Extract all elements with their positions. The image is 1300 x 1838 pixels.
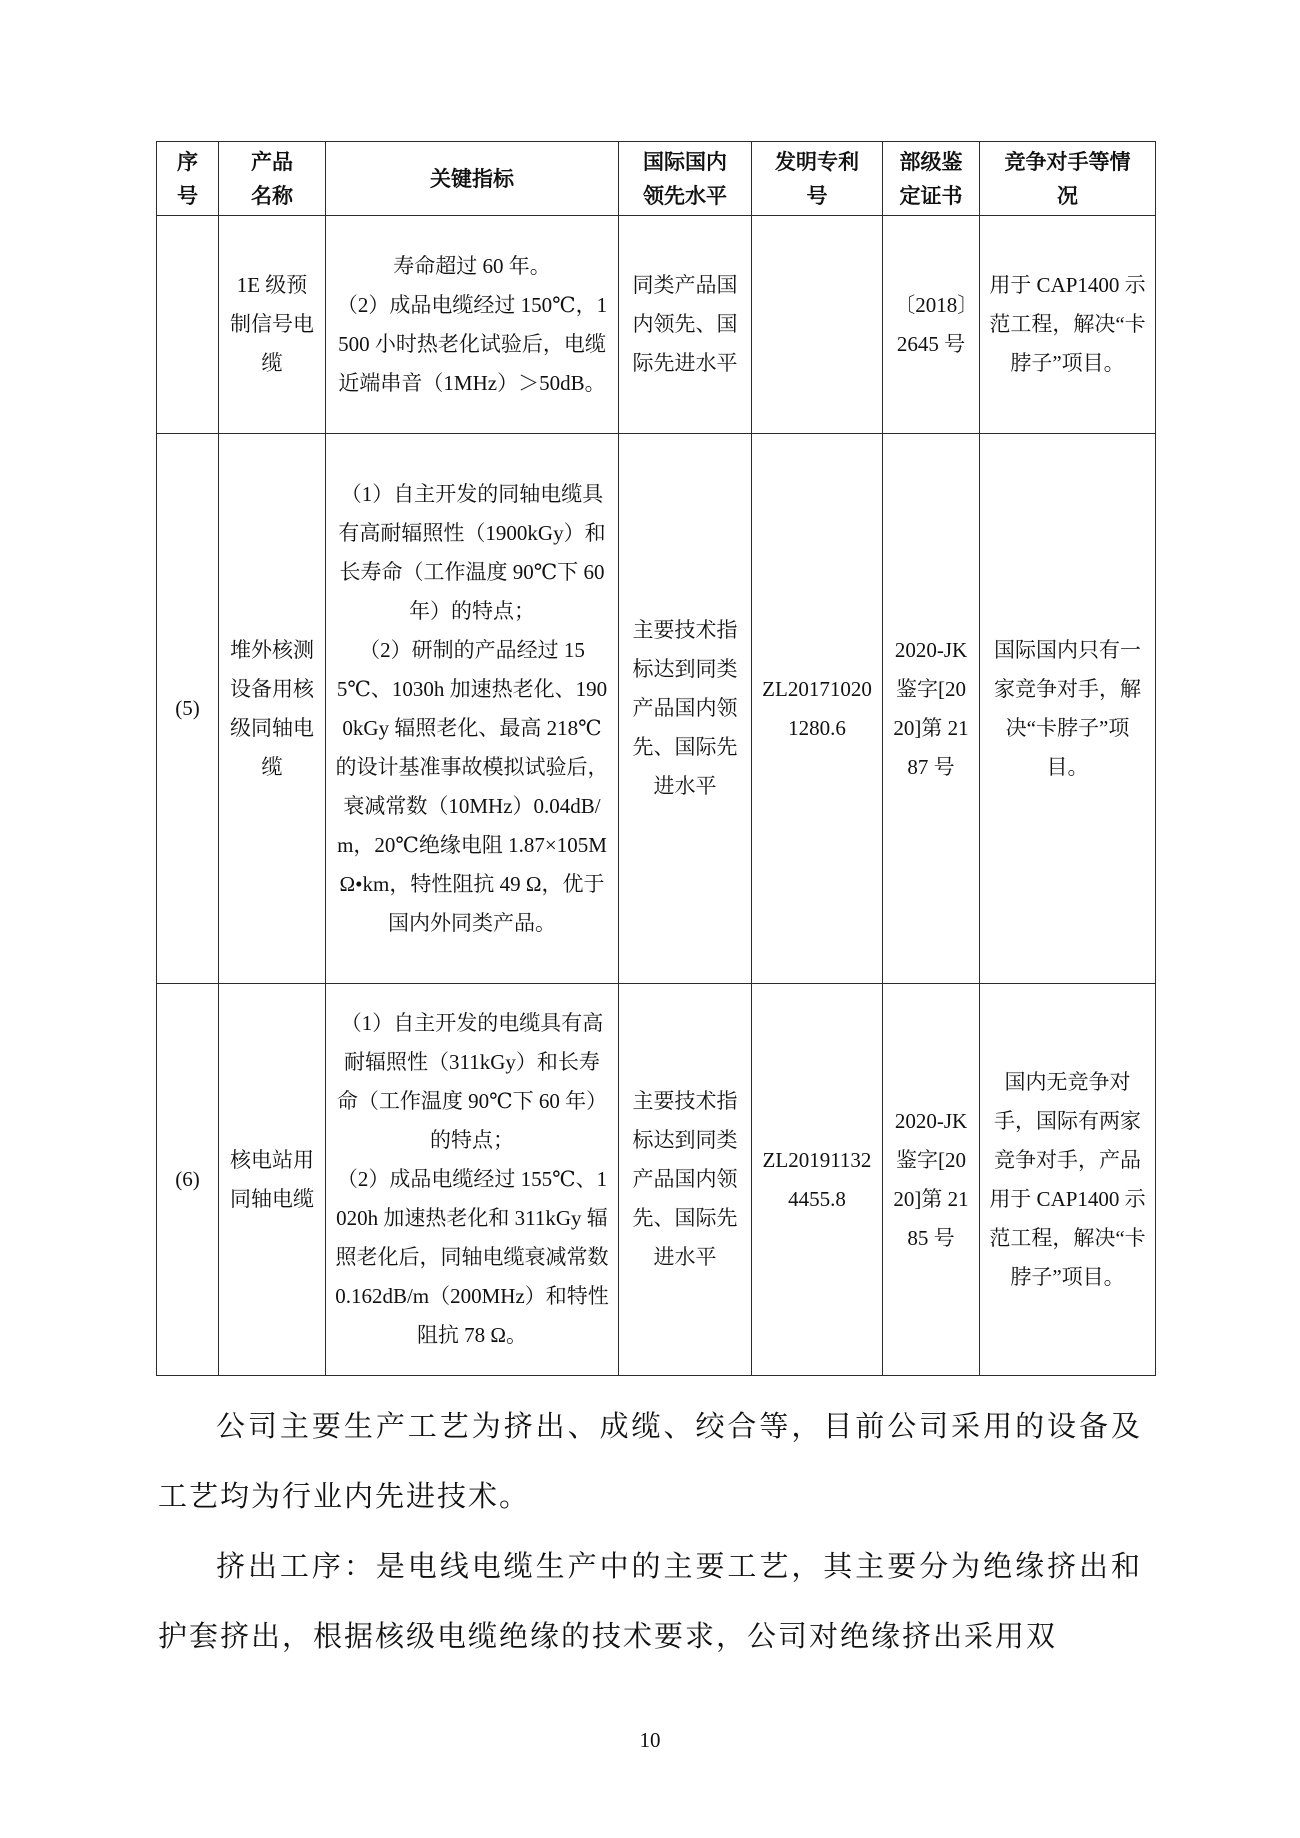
table-header-row: 序 号 产品 名称 关键指标 国际国内 领先水平 发明专利 号 部级鉴 定证书 <box>157 142 1156 216</box>
cell-key-indicators: （1）自主开发的同轴电缆具有高耐辐照性（1900kGy）和长寿命（工作温度 90… <box>326 434 619 984</box>
page-number: 10 <box>0 1728 1300 1753</box>
cell-competition: 国内无竞争对手，国际有两家竞争对手，产品用于 CAP1400 示范工程，解决“卡… <box>980 984 1156 1376</box>
cell-patent-no: ZL201911324455.8 <box>752 984 883 1376</box>
cell-leading-level: 主要技术指标达到同类产品国内领先、国际先进水平 <box>619 984 752 1376</box>
cell-product-name: 堆外核测设备用核级同轴电缆 <box>219 434 326 984</box>
header-line: 国际国内 <box>621 145 749 179</box>
table-row-1e-cable: 1E 级预制信号电缆 寿命超过 60 年。 （2）成品电缆经过 150℃，150… <box>157 216 1156 434</box>
header-serial-no: 序 号 <box>157 142 219 216</box>
cell-leading-level: 主要技术指标达到同类产品国内领先、国际先进水平 <box>619 434 752 984</box>
cell-product-name: 1E 级预制信号电缆 <box>219 216 326 434</box>
indicator-paragraph: （1）自主开发的电缆具有高耐辐照性（311kGy）和长寿命（工作温度 90℃下 … <box>334 1004 610 1160</box>
cell-patent-no: ZL201710201280.6 <box>752 434 883 984</box>
indicator-paragraph: （1）自主开发的同轴电缆具有高耐辐照性（1900kGy）和长寿命（工作温度 90… <box>334 475 610 631</box>
header-line: 竞争对手等情 <box>982 145 1153 179</box>
header-line: 号 <box>754 179 880 213</box>
header-line: 部级鉴 <box>885 145 977 179</box>
cell-patent-no <box>752 216 883 434</box>
indicator-paragraph: （2）成品电缆经过 155℃、1020h 加速热老化和 311kGy 辐照老化后… <box>334 1160 610 1355</box>
cell-certificate: 〔2018〕2645 号 <box>883 216 980 434</box>
header-product-name: 产品 名称 <box>219 142 326 216</box>
header-line: 领先水平 <box>621 179 749 213</box>
cell-competition: 国际国内只有一家竞争对手，解决“卡脖子”项目。 <box>980 434 1156 984</box>
cell-leading-level: 同类产品国内领先、国际先进水平 <box>619 216 752 434</box>
cell-certificate: 2020-JK 鉴字[2020]第 2185 号 <box>883 984 980 1376</box>
paragraph-extrusion-process: 挤出工序：是电线电缆生产中的主要工艺，其主要分为绝缘挤出和护套挤出，根据核级电缆… <box>158 1532 1142 1672</box>
table-row-6: (6) 核电站用同轴电缆 （1）自主开发的电缆具有高耐辐照性（311kGy）和长… <box>157 984 1156 1376</box>
cell-key-indicators: 寿命超过 60 年。 （2）成品电缆经过 150℃，1500 小时热老化试验后，… <box>326 216 619 434</box>
indicator-paragraph: 寿命超过 60 年。 <box>334 247 610 286</box>
header-line: 定证书 <box>885 179 977 213</box>
cell-certificate: 2020-JK 鉴字[2020]第 2187 号 <box>883 434 980 984</box>
cell-serial-no <box>157 216 219 434</box>
header-line: 号 <box>159 179 216 213</box>
product-indicators-table: 序 号 产品 名称 关键指标 国际国内 领先水平 发明专利 号 部级鉴 定证书 <box>156 141 1156 1376</box>
header-line: 况 <box>982 179 1153 213</box>
cell-competition: 用于 CAP1400 示范工程，解决“卡脖子”项目。 <box>980 216 1156 434</box>
paragraph-production-process: 公司主要生产工艺为挤出、成缆、绞合等，目前公司采用的设备及工艺均为行业内先进技术… <box>158 1392 1142 1532</box>
cell-serial-no: (5) <box>157 434 219 984</box>
header-line: 关键指标 <box>328 162 616 196</box>
header-patent-no: 发明专利 号 <box>752 142 883 216</box>
header-certificate: 部级鉴 定证书 <box>883 142 980 216</box>
indicator-paragraph: （2）研制的产品经过 155℃、1030h 加速热老化、1900kGy 辐照老化… <box>334 631 610 943</box>
header-competition: 竞争对手等情 况 <box>980 142 1156 216</box>
cell-serial-no: (6) <box>157 984 219 1376</box>
body-text: 公司主要生产工艺为挤出、成缆、绞合等，目前公司采用的设备及工艺均为行业内先进技术… <box>158 1392 1142 1672</box>
header-line: 产品 <box>221 145 323 179</box>
indicator-paragraph: （2）成品电缆经过 150℃，1500 小时热老化试验后，电缆近端串音（1MHz… <box>334 286 610 403</box>
document-page: 序 号 产品 名称 关键指标 国际国内 领先水平 发明专利 号 部级鉴 定证书 <box>0 0 1300 1838</box>
table-row-5: (5) 堆外核测设备用核级同轴电缆 （1）自主开发的同轴电缆具有高耐辐照性（19… <box>157 434 1156 984</box>
header-key-indicators: 关键指标 <box>326 142 619 216</box>
header-line: 发明专利 <box>754 145 880 179</box>
header-leading-level: 国际国内 领先水平 <box>619 142 752 216</box>
header-line: 序 <box>159 145 216 179</box>
cell-key-indicators: （1）自主开发的电缆具有高耐辐照性（311kGy）和长寿命（工作温度 90℃下 … <box>326 984 619 1376</box>
header-line: 名称 <box>221 179 323 213</box>
cell-product-name: 核电站用同轴电缆 <box>219 984 326 1376</box>
